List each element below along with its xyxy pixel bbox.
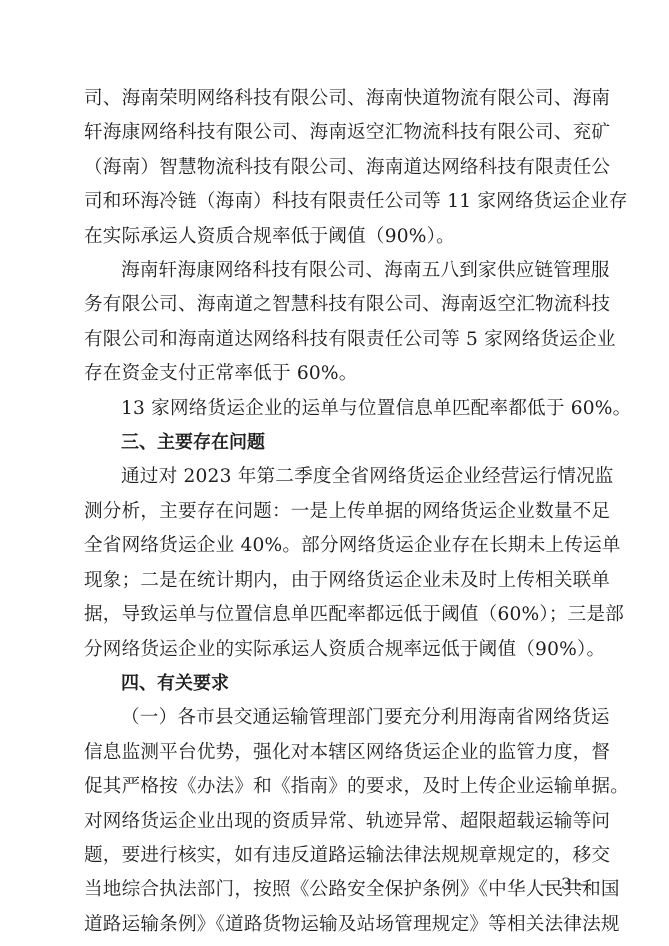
text-line: 测分析，主要存在问题：一是上传单据的网络货运企业数量不足 [84, 495, 584, 529]
paragraph-companies-qualification: 司、海南荣明网络科技有限公司、海南快道物流有限公司、海南 轩海康网络科技有限公司… [84, 82, 584, 254]
document-page: 司、海南荣明网络科技有限公司、海南快道物流有限公司、海南 轩海康网络科技有限公司… [84, 82, 584, 942]
paragraph-waybill-match: 13 家网络货运企业的运单与位置信息单匹配率都低于 60%。 [84, 392, 584, 426]
text-line: 对网络货运企业出现的资质异常、轨迹异常、超限超载运输等问 [84, 805, 584, 839]
text-line: 当地综合执法部门，按照《公路安全保护条例》《中华人民共和国 [84, 873, 584, 907]
text-line: 司和环海冷链（海南）科技有限责任公司等 11 家网络货运企业存 [84, 185, 584, 219]
text-line: 信息监测平台优势，强化对本辖区网络货运企业的监管力度，督 [84, 736, 584, 770]
text-line: 据，导致运单与位置信息单匹配率都远低于阈值（60%）；三是部 [84, 598, 584, 632]
text-line: 海南轩海康网络科技有限公司、海南五八到家供应链管理服 [84, 254, 584, 288]
text-line: 司、海南荣明网络科技有限公司、海南快道物流有限公司、海南 [84, 82, 584, 116]
text-line: 在实际承运人资质合规率低于阈值（90%）。 [84, 220, 584, 254]
paragraph-requirement-1: （一）各市县交通运输管理部门要充分利用海南省网络货运 信息监测平台优势，强化对本… [84, 701, 584, 942]
text-line: （海南）智慧物流科技有限公司、海南道达网络科技有限责任公 [84, 151, 584, 185]
text-line: 存在资金支付正常率低于 60%。 [84, 357, 584, 391]
text-line: 轩海康网络科技有限公司、海南返空汇物流科技有限公司、兖矿 [84, 116, 584, 150]
section-heading-main-problems: 三、主要存在问题 [84, 426, 584, 460]
section-heading-requirements: 四、有关要求 [84, 667, 584, 701]
text-line: （一）各市县交通运输管理部门要充分利用海南省网络货运 [84, 701, 584, 735]
text-line: 促其严格按《办法》和《指南》的要求，及时上传企业运输单据。 [84, 770, 584, 804]
text-line: 有限公司和海南道达网络科技有限责任公司等 5 家网络货运企业 [84, 323, 584, 357]
text-line: 题，要进行核实，如有违反道路运输法律法规规章规定的，移交 [84, 839, 584, 873]
page-number: — 3 — [540, 874, 592, 893]
paragraph-companies-payment: 海南轩海康网络科技有限公司、海南五八到家供应链管理服 务有限公司、海南道之智慧科… [84, 254, 584, 392]
text-line: 务有限公司、海南道之智慧科技有限公司、海南返空汇物流科技 [84, 288, 584, 322]
text-line: 道路运输条例》《道路货物运输及站场管理规定》等相关法律法规 [84, 908, 584, 942]
text-line: 全省网络货运企业 40%。部分网络货运企业存在长期未上传运单 [84, 529, 584, 563]
text-line: 分网络货运企业的实际承运人资质合规率远低于阈值（90%）。 [84, 633, 584, 667]
paragraph-problems-analysis: 通过对 2023 年第二季度全省网络货运企业经营运行情况监 测分析，主要存在问题… [84, 460, 584, 666]
text-line: 13 家网络货运企业的运单与位置信息单匹配率都低于 60%。 [84, 392, 584, 426]
text-line: 通过对 2023 年第二季度全省网络货运企业经营运行情况监 [84, 460, 584, 494]
text-line: 现象；二是在统计期内，由于网络货运企业未及时上传相关联单 [84, 564, 584, 598]
